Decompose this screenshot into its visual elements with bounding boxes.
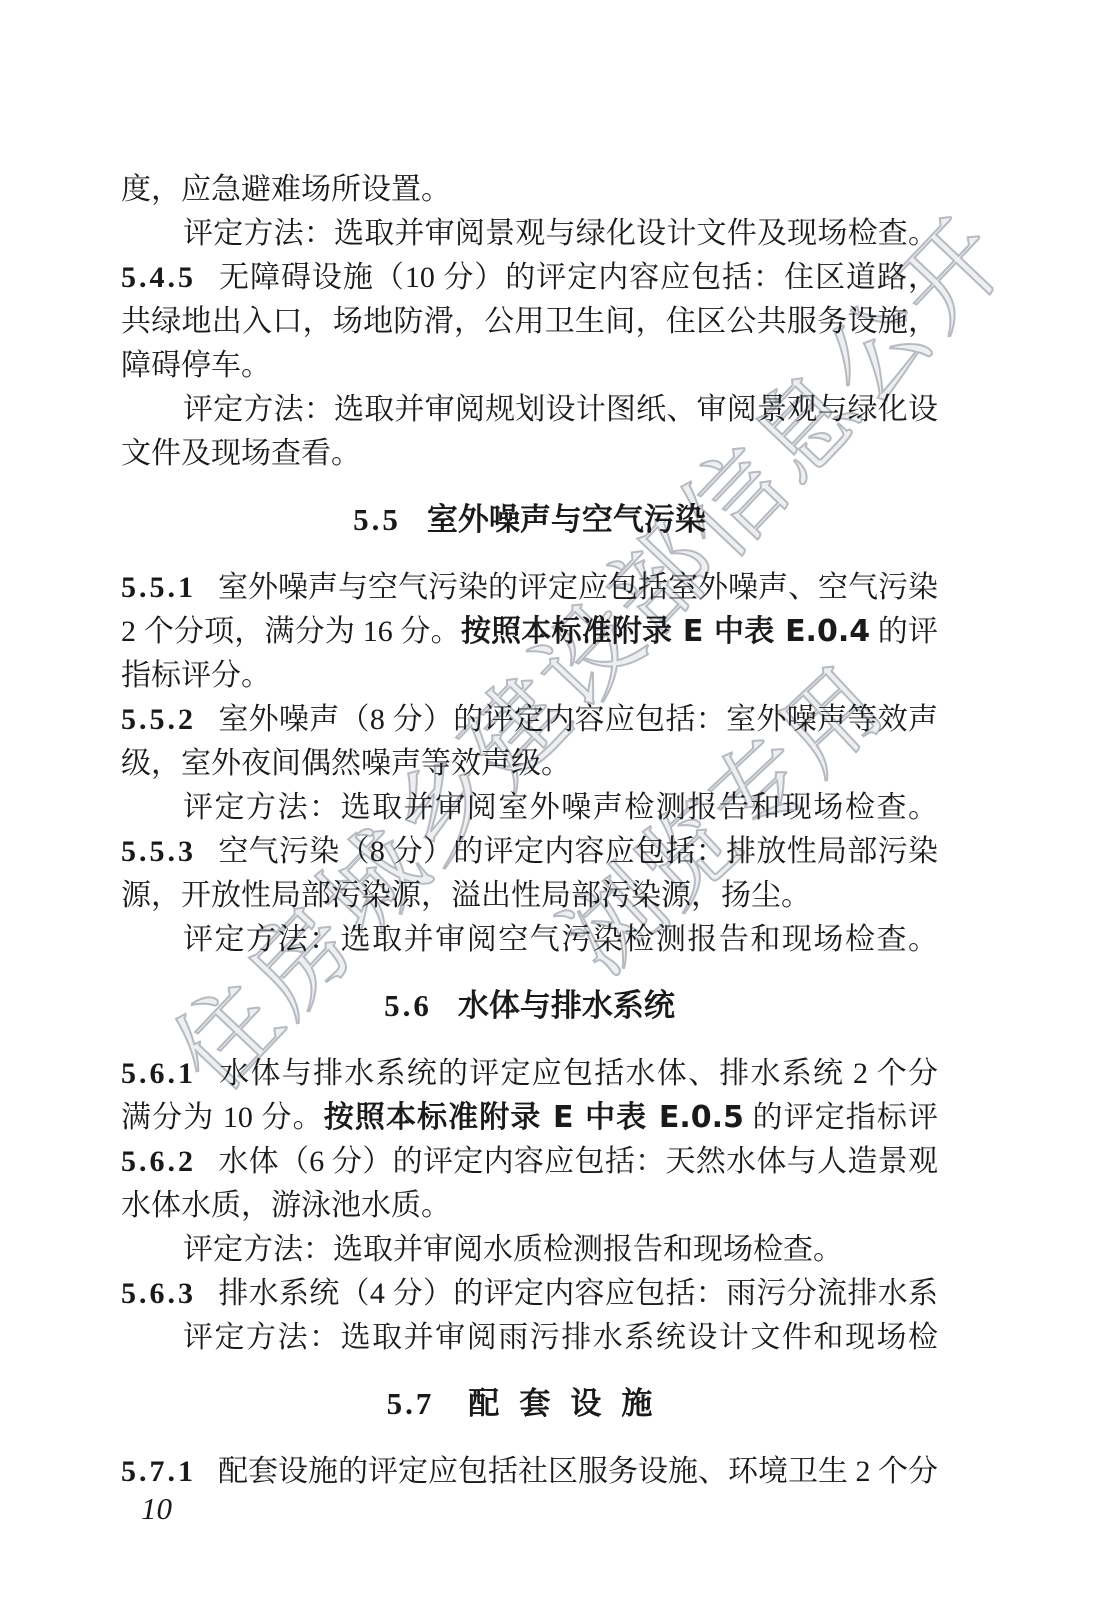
clause-line-5-6-2: 5.6.2水体（6 分）的评定内容应包括：天然水体与人造景观 (121, 1140, 938, 1184)
text-line: 2 个分项，满分为 16 分。按照本标准附录 E 中表 E.0.4 的评定 (121, 610, 938, 654)
method-line: 评定方法：选取并审阅空气污染检测报告和现场检查。 (121, 918, 938, 962)
method-line: 评定方法：选取并审阅室外噪声检测报告和现场检查。 (121, 786, 938, 830)
method-line: 评定方法：选取并审阅雨污排水系统设计文件和现场检查。 (121, 1316, 938, 1360)
page-number: 10 (141, 1490, 172, 1528)
text-line: 指标评分。 (121, 654, 938, 698)
clause-number: 5.7.1 (121, 1455, 196, 1488)
text-line: 共绿地出入口，场地防滑，公用卫生间，住区公共服务设施，无 (121, 300, 938, 344)
heading-title: 室外噪声与空气污染 (427, 502, 706, 538)
heading-title: 水体与排水系统 (458, 988, 675, 1024)
clause-number: 5.6.1 (121, 1057, 196, 1090)
heading-number: 5.6 (384, 988, 432, 1023)
clause-number: 5.4.5 (121, 261, 196, 294)
clause-line-5-6-1: 5.6.1水体与排水系统的评定应包括水体、排水系统 2 个分项， (121, 1052, 938, 1096)
text-line: 满分为 10 分。按照本标准附录 E 中表 E.0.5 的评定指标评分。 (121, 1096, 938, 1140)
clause-number: 5.5.3 (121, 835, 196, 868)
clause-line-5-5-1: 5.5.1室外噪声与空气污染的评定应包括室外噪声、空气污染 (121, 566, 938, 610)
page-content: 度，应急避难场所设置。 评定方法：选取并审阅景观与绿化设计文件及现场检查。 5.… (121, 168, 938, 1494)
text-line: 水体水质，游泳池水质。 (121, 1184, 938, 1228)
standard-document-page: 住房城乡建设部信息公开 浏览专用 度，应急避难场所设置。 评定方法：选取并审阅景… (0, 0, 1103, 1598)
heading-5-5: 5.5室外噪声与空气污染 (121, 498, 938, 542)
heading-title: 配套设施 (468, 1386, 672, 1422)
emphasized-reference: 按照本标准附录 E 中表 E.0.5 (324, 1100, 744, 1135)
clause-line-5-6-3: 5.6.3排水系统（4 分）的评定内容应包括：雨污分流排水系统。 (121, 1272, 938, 1316)
text-line: 源，开放性局部污染源，溢出性局部污染源，扬尘。 (121, 874, 938, 918)
method-line: 评定方法：选取并审阅景观与绿化设计文件及现场检查。 (121, 212, 938, 256)
clause-line-5-7-1: 5.7.1配套设施的评定应包括社区服务设施、环境卫生 2 个分 (121, 1450, 938, 1494)
method-line: 评定方法：选取并审阅规划设计图纸、审阅景观与绿化设计 (121, 388, 938, 432)
heading-5-7: 5.7配套设施 (121, 1382, 938, 1426)
clause-line-5-5-3: 5.5.3空气污染（8 分）的评定内容应包括：排放性局部污染 (121, 830, 938, 874)
heading-5-6: 5.6水体与排水系统 (121, 984, 938, 1028)
text-line: 文件及现场查看。 (121, 432, 938, 476)
clause-number: 5.5.1 (121, 571, 196, 604)
clause-number: 5.5.2 (121, 703, 196, 736)
text-line: 级，室外夜间偶然噪声等效声级。 (121, 742, 938, 786)
heading-number: 5.5 (353, 502, 401, 537)
text-line: 障碍停车。 (121, 344, 938, 388)
emphasized-reference: 按照本标准附录 E 中表 E.0.4 (461, 614, 870, 649)
clause-line-5-4-5: 5.4.5无障碍设施（10 分）的评定内容应包括：住区道路，公 (121, 256, 938, 300)
method-line: 评定方法：选取并审阅水质检测报告和现场检查。 (121, 1228, 938, 1272)
clause-number: 5.6.2 (121, 1145, 196, 1178)
clause-number: 5.6.3 (121, 1277, 196, 1310)
clause-line-5-5-2: 5.5.2室外噪声（8 分）的评定内容应包括：室外噪声等效声 (121, 698, 938, 742)
text-line: 度，应急避难场所设置。 (121, 168, 938, 212)
heading-number: 5.7 (387, 1386, 435, 1421)
